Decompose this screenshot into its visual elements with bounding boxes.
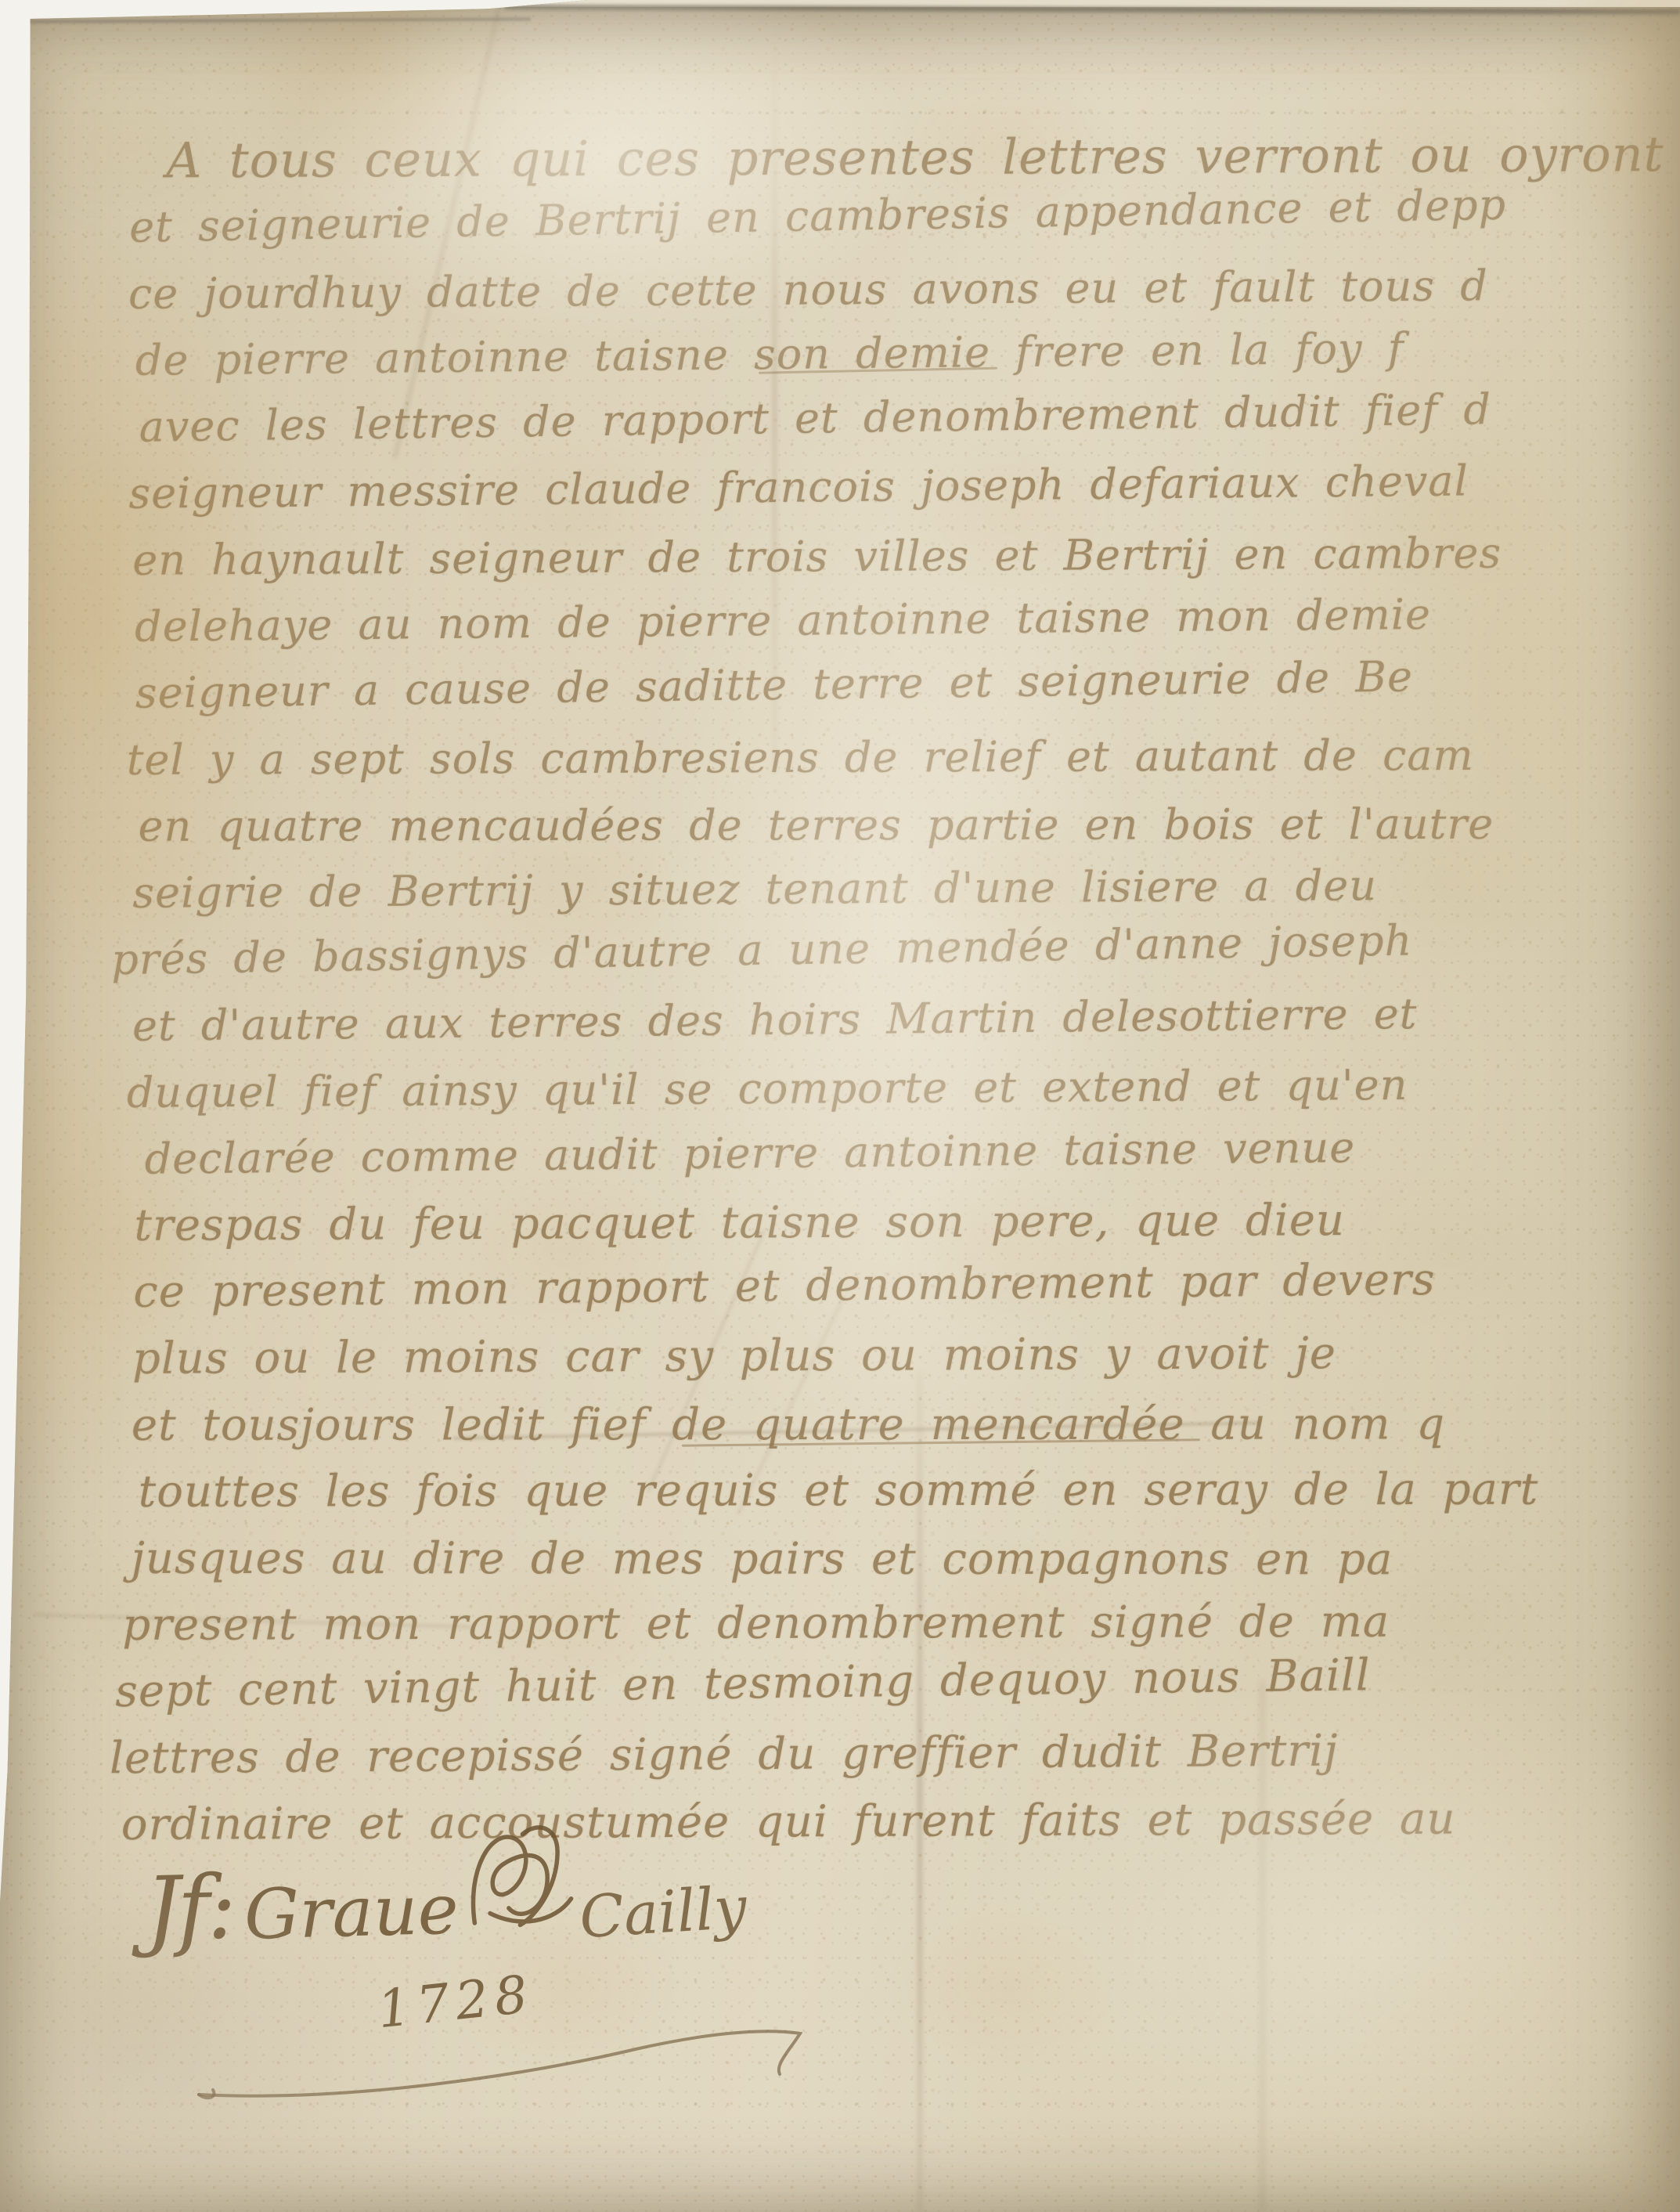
signature-block: Jf: Graue Cailly (143, 1813, 747, 1954)
top-fold-sliver (504, 0, 1680, 7)
line-text: et tousjours ledit fief (132, 1399, 672, 1451)
manuscript-line: jusques au dire de mes pairs et compagno… (132, 1525, 1680, 1593)
manuscript-line: et tousjours ledit fief de quatre mencar… (132, 1391, 1680, 1459)
top-fold-crease (504, 5, 1680, 16)
year-underline-flourish-icon (194, 2016, 805, 2110)
signature-surname: Cailly (578, 1876, 748, 1950)
line-text: au nom q (1184, 1398, 1445, 1449)
manuscript-line: lettres de recepissé signé du greffier d… (110, 1713, 1680, 1792)
manuscript-line: plus ou le moins car sy plus ou moins y … (132, 1317, 1680, 1391)
manuscript-line: en quatre mencaudées de terres partie en… (138, 790, 1680, 860)
underlined-text: son demie (754, 327, 991, 379)
manuscript-line: touttes les fois que requis et sommé en … (139, 1456, 1680, 1525)
parchment-sheet: A tous ceux qui ces presentes lettres ve… (0, 0, 1680, 2212)
signature-initials: Jf: (144, 1864, 234, 1954)
paraph-flourish-icon (461, 1817, 582, 1946)
manuscript-line: tel y a sept sols cambresiens de relief … (127, 720, 1680, 793)
line-text: de pierre antoinne taisne (135, 330, 755, 385)
scanned-manuscript-page: { "document": { "kind": "handwritten par… (0, 0, 1680, 2212)
top-edge-shadow (27, 17, 531, 23)
manuscript-text-block: A tous ceux qui ces presentes lettres ve… (117, 110, 1680, 1858)
line-text: frere en la foy f (990, 323, 1404, 377)
signature-name: Graue (243, 1873, 460, 1951)
underlined-text: de quatre mencardée (672, 1399, 1184, 1451)
